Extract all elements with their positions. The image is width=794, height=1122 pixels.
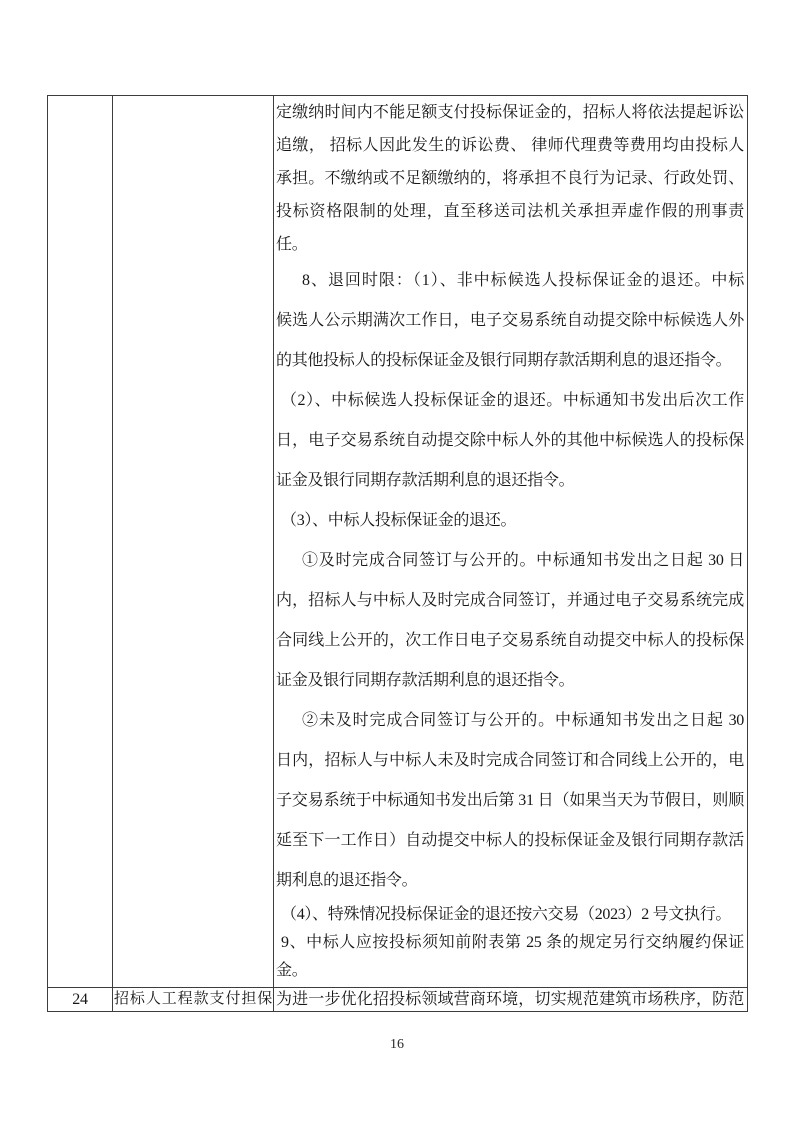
para-refund-winner-timely: ①及时完成合同签订与公开的。中标通知书发出之日起 30 日 内，招标人与中标人及… bbox=[276, 541, 744, 701]
text-line: 合同线上公开的，次工作日电子交易系统自动提交中标人的投标保 bbox=[276, 621, 744, 661]
text-line: 的其他投标人的投标保证金及银行同期存款活期利息的退还指令。 bbox=[276, 341, 744, 381]
para-refund-winner-late: ②未及时完成合同签订与公开的。中标通知书发出之日起 30 日内，招标人与中标人未… bbox=[276, 701, 744, 901]
table-row-24: 24 招标人工程款支付担保 为进一步优化招投标领域营商环境，切实规范建筑市场秩序… bbox=[48, 987, 747, 1011]
para-refund-winner-heading: （3）、中标人投标保证金的退还。 bbox=[276, 501, 744, 541]
text-line: 承担。不缴纳或不足额缴纳的，将承担不良行为记录、行政处罚、 bbox=[276, 162, 744, 195]
text-line: （3）、中标人投标保证金的退还。 bbox=[276, 501, 744, 541]
text-line: （4）、特殊情况投标保证金的退还按六交易（2023）2 号文执行。 bbox=[276, 901, 744, 929]
para-refund-special: （4）、特殊情况投标保证金的退还按六交易（2023）2 号文执行。 bbox=[276, 901, 744, 929]
text-line: 日，电子交易系统自动提交除中标人外的其他中标候选人的投标保 bbox=[276, 421, 744, 461]
page-number: 16 bbox=[0, 1037, 794, 1053]
text-line: 内，招标人与中标人及时完成合同签订，并通过电子交易系统完成 bbox=[276, 581, 744, 621]
text-line: 投标资格限制的处理，直至移送司法机关承担弄虚作假的刑事责 bbox=[276, 195, 744, 228]
text-line: 金。 bbox=[276, 957, 744, 985]
text-line: 证金及银行同期存款活期利息的退还指令。 bbox=[276, 461, 744, 501]
para-refund-deadline: 8、退回时限：（1）、非中标候选人投标保证金的退还。中标 候选人公示期满次工作日… bbox=[276, 261, 744, 381]
content-cell: 定缴纳时间内不能足额支付投标保证金的，招标人将依法提起诉讼 追缴， 招标人因此发… bbox=[274, 96, 747, 987]
table-continuation-row: 定缴纳时间内不能足额支付投标保证金的，招标人将依法提起诉讼 追缴， 招标人因此发… bbox=[48, 96, 747, 987]
seq-cell-empty bbox=[48, 96, 113, 987]
text-line: ①及时完成合同签订与公开的。中标通知书发出之日起 30 日 bbox=[276, 541, 744, 581]
text-line: 8、退回时限：（1）、非中标候选人投标保证金的退还。中标 bbox=[276, 261, 744, 301]
item-cell-empty bbox=[113, 96, 274, 987]
text-line: 日内，招标人与中标人未及时完成合同签订和合同线上公开的，电 bbox=[276, 741, 744, 781]
text-line: 期利息的退还指令。 bbox=[276, 861, 744, 901]
document-page: 定缴纳时间内不能足额支付投标保证金的，招标人将依法提起诉讼 追缴， 招标人因此发… bbox=[0, 0, 794, 1122]
text-line: 候选人公示期满次工作日，电子交易系统自动提交除中标候选人外 bbox=[276, 301, 744, 341]
text-line: 9、中标人应按投标须知前附表第 25 条的规定另行交纳履约保证 bbox=[276, 929, 744, 957]
para-performance-bond: 9、中标人应按投标须知前附表第 25 条的规定另行交纳履约保证 金。 bbox=[276, 929, 744, 985]
text-line: 子交易系统于中标通知书发出后第 31 日（如果当天为节假日，则顺 bbox=[276, 781, 744, 821]
text-line: （2）、中标候选人投标保证金的退还。中标通知书发出后次工作 bbox=[276, 381, 744, 421]
item-name-cell: 招标人工程款支付担保 bbox=[113, 988, 274, 1011]
para-refund-candidates: （2）、中标候选人投标保证金的退还。中标通知书发出后次工作 日，电子交易系统自动… bbox=[276, 381, 744, 501]
para-penalty-continuation: 定缴纳时间内不能足额支付投标保证金的，招标人将依法提起诉讼 追缴， 招标人因此发… bbox=[276, 96, 744, 261]
text-line: 任。 bbox=[276, 228, 744, 261]
text-line: 定缴纳时间内不能足额支付投标保证金的，招标人将依法提起诉讼 bbox=[276, 96, 744, 129]
bid-conditions-table: 定缴纳时间内不能足额支付投标保证金的，招标人将依法提起诉讼 追缴， 招标人因此发… bbox=[47, 95, 748, 1012]
text-line: 证金及银行同期存款活期利息的退还指令。 bbox=[276, 661, 744, 701]
seq-cell: 24 bbox=[48, 988, 113, 1011]
text-line: 追缴， 招标人因此发生的诉讼费、 律师代理费等费用均由投标人 bbox=[276, 129, 744, 162]
text-line: 延至下一工作日）自动提交中标人的投标保证金及银行同期存款活 bbox=[276, 821, 744, 861]
row-content-cell: 为进一步优化招投标领域营商环境，切实规范建筑市场秩序，防范 bbox=[274, 988, 747, 1011]
text-line: ②未及时完成合同签订与公开的。中标通知书发出之日起 30 bbox=[276, 701, 744, 741]
